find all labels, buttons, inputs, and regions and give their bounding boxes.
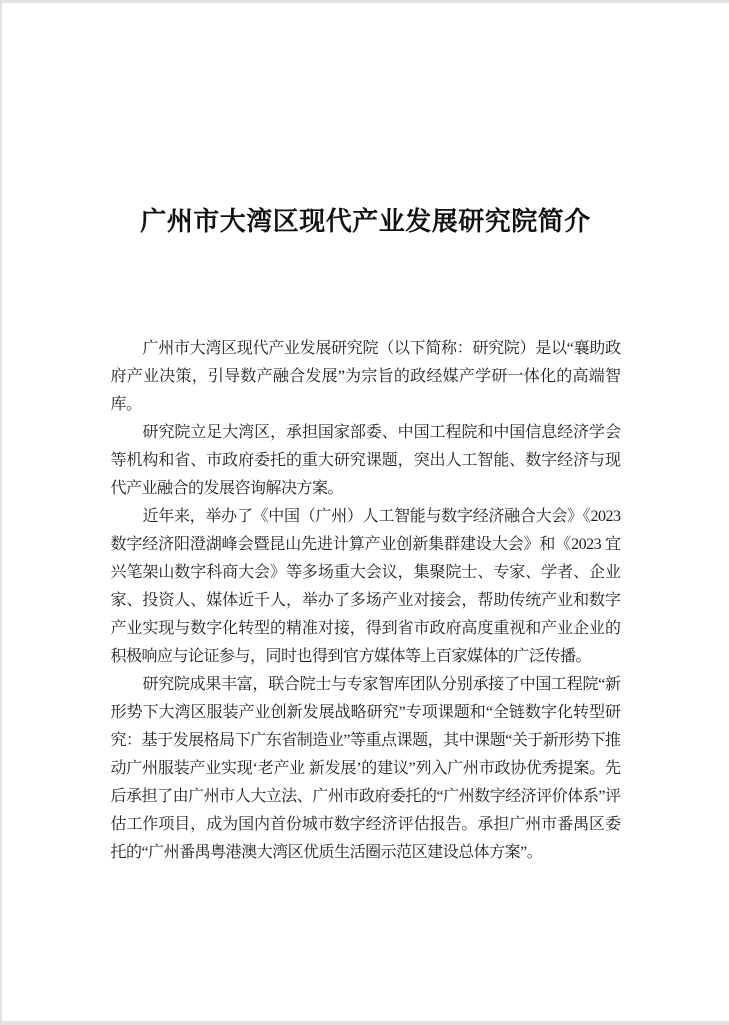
paragraph-achievements: 研究院成果丰富，联合院士与专家智库团队分别承接了中国工程院“新形势下大湾区服装产…: [111, 671, 621, 867]
paragraph-intro: 广州市大湾区现代产业发展研究院（以下简称：研究院）是以“襄助政府产业决策，引导数…: [111, 335, 621, 419]
document-page: 广州市大湾区现代产业发展研究院简介 广州市大湾区现代产业发展研究院（以下简称：研…: [2, 3, 729, 1021]
page-title: 广州市大湾区现代产业发展研究院简介: [2, 205, 729, 239]
paragraph-conferences: 近年来，举办了《中国（广州）人工智能与数字经济融合大会》《2023数字经济阳澄湖…: [111, 503, 621, 671]
document-body: 广州市大湾区现代产业发展研究院（以下简称：研究院）是以“襄助政府产业决策，引导数…: [111, 335, 621, 867]
paragraph-mission: 研究院立足大湾区，承担国家部委、中国工程院和中国信息经济学会等机构和省、市政府委…: [111, 419, 621, 503]
document-viewer: 广州市大湾区现代产业发展研究院简介 广州市大湾区现代产业发展研究院（以下简称：研…: [0, 0, 729, 1025]
